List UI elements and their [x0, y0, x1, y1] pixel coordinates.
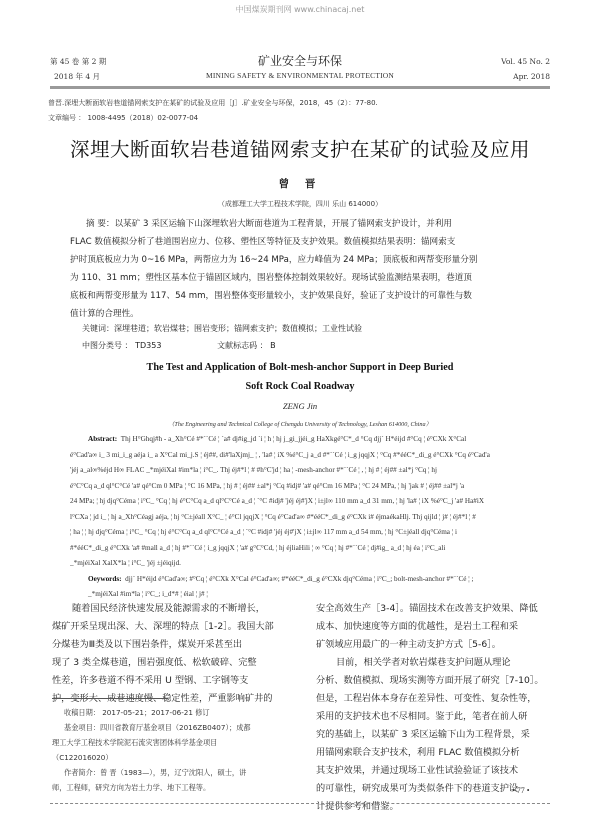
abstract-cn-line: FLAC 数值模拟分析了巷道围岩应力、位移、塑性区等特征及支护效果。数值模拟结果… — [70, 233, 532, 251]
article-number-label: 文章编号 — [48, 114, 76, 122]
affiliation-en: （The Engineering and Technical College o… — [0, 419, 600, 428]
paper-title-cn: 深埋大断面软岩巷道锚网索支护在某矿的试验及应用 — [0, 134, 600, 162]
keywords-cn: 关键词：深埋巷道；软岩煤巷；围岩变形；锚网索支护；数值模拟；工业性试验 — [82, 320, 362, 337]
abstract-en-line: #*ééC*_di_g é°CXk 'a# #mall a_d ¦ hj #*´… — [70, 541, 538, 557]
footnote-rule — [52, 698, 168, 699]
doc-code-value: ： B — [260, 337, 276, 354]
journal-name-en: MINING SAFETY & ENVIRONMENTAL PROTECTION — [50, 69, 550, 83]
header-right: Vol. 45 No. 2 Apr. 2018 — [501, 54, 550, 84]
abstract-en-line: _*mjéiXal XalX*la ¦ i°C_ 'jéj ±jéiqijd. — [70, 556, 538, 572]
abstract-en-line: ¦ ha ¦ ¦ hj djq°Céma ¦ i°C_ °Cq ¦ hj é°C… — [70, 525, 538, 541]
body-line: 煤矿开采呈现出深、大、深埋的特点［1-2］。我国大部 — [52, 618, 282, 636]
body-line: 矿领域应用最广的一种主动支护方式［5-6］。 — [316, 636, 552, 654]
page-number: • 77 • — [512, 786, 530, 795]
citation-line: 曾晋.深埋大断面软岩巷道锚网索支护在某矿的试验及应用［J］.矿业安全与环保，20… — [48, 96, 558, 111]
date-en: Apr. 2018 — [501, 69, 550, 84]
doc-code-label: 文献标志码 — [217, 337, 257, 354]
body-column-left: 随着国民经济快速发展及能源需求的不断增长， 煤矿开采呈现出深、大、深埋的特点［1… — [52, 600, 282, 708]
keywords-en-line: Oeywords: djj´ H*éijd é°Cad'a∞; #°Cq ¦ é… — [70, 572, 538, 588]
author-bio: 师，工程师，研究方向为岩土力学、地下工程等。 — [52, 780, 292, 795]
body-line: 其支护效果，并通过现场工业性试验验证了该技术 — [316, 762, 552, 780]
author-bio: 作者简介：曾 晋（1983—），男，辽宁沈阳人，硕士，讲 — [52, 765, 292, 780]
abstract-en-line: é°C°Cq a_d ql°C°Cé 'a# qé°Cm 0 MPa ¦ °C … — [70, 479, 538, 495]
abstract-en-line: 'jéj a_al∞%éjd H∞ FLAC _*mjéiXal #im*la … — [70, 463, 538, 479]
body-line: 成本、加快速度等方面的优越性，是岩土工程和采 — [316, 618, 552, 636]
author-cn: 曾 晋 — [0, 176, 600, 191]
body-line: 安全高效生产［3-4］。锚固技术在改善支护效果、降低 — [316, 600, 552, 618]
abstract-cn-label: 摘 要： — [86, 219, 115, 229]
abstract-cn-line: 为 110、31 mm；塑性区基本位于锚固区域内，围岩整体控制效果较好。现场试验… — [70, 269, 532, 287]
article-number-line: 文章编号 ： 1008-4495（2018）02-0077-04 — [48, 111, 558, 126]
body-column-right: 安全高效生产［3-4］。锚固技术在改善支护效果、降低 成本、加快速度等方面的优越… — [316, 600, 552, 816]
journal-header: 第 45 卷 第 2 期 2018 年 4 月 矿业安全与环保 MINING S… — [50, 54, 550, 88]
abstract-en: Abstract: Thj H°Ghqj#h - a_Xh°Cé #*´´Cé … — [70, 432, 538, 603]
keywords-cn-label: 关键词 — [82, 324, 106, 333]
body-line: 现了 3 类全煤巷道，围岩强度低、松软破碎、完整 — [52, 654, 282, 672]
body-line: 但是，工程岩体本身存在差异性、可变性、复杂性等， — [316, 690, 552, 708]
body-line: 分析、数值模拟、现场实测等方面开展了研究［7-10］。 — [316, 672, 552, 690]
body-line: 究的基础上，以某矿 3 采区运输下山为工程背景，采 — [316, 726, 552, 744]
clc-value: ： TD353 — [125, 337, 215, 354]
fund-line: 基金项目：四川省教育厅基金项目（2016ZB0407）；成都 — [52, 720, 292, 735]
abstract-en-line: 24 MPa; ¦ hj djq°Céma ¦ i°C_ °Cq ¦ hj é°… — [70, 494, 538, 510]
volume-issue-en: Vol. 45 No. 2 — [501, 54, 550, 69]
citation-block: 曾晋.深埋大断面软岩巷道锚网索支护在某矿的试验及应用［J］.矿业安全与环保，20… — [48, 96, 558, 126]
classification-line: 中图分类号 ： TD353 文献标志码 ： B — [82, 337, 276, 354]
body-line: 分煤巷为Ⅲ类及以下围岩条件，煤炭开采甚至出 — [52, 636, 282, 654]
keywords-en-label: Oeywords: — [88, 575, 122, 583]
header-center: 矿业安全与环保 MINING SAFETY & ENVIRONMENTAL PR… — [50, 54, 550, 83]
abstract-cn: 摘 要：以某矿 3 采区运输下山深埋软岩大断面巷道为工程背景，开展了锚网索支护设… — [70, 215, 532, 323]
fund-line: （C122016020） — [52, 750, 292, 765]
affiliation-cn: （成都理工大学工程技术学院，四川 乐山 614000） — [0, 199, 600, 209]
abstract-en-line: é°Cad'a∞ i_ 3 mi_i_g aéja i_ a X°Cal mi_… — [70, 448, 538, 464]
abstract-en-label: Abstract: — [88, 435, 117, 443]
abstract-en-line: l°CXa ¦ jd i_ ¦ hj a_Xh°Céagj aéja, ¦ hj… — [70, 510, 538, 526]
clc-label: 中图分类号 — [82, 337, 122, 354]
paper-title-en: The Test and Application of Bolt-mesh-an… — [0, 358, 600, 396]
header-rule — [50, 86, 550, 89]
author-en: ZENG Jin — [0, 401, 600, 411]
abstract-en-line: Abstract: Thj H°Ghqj#h - a_Xh°Cé #*´´Cé … — [70, 432, 538, 448]
body-line: 随着国民经济快速发展及能源需求的不断增长， — [52, 600, 282, 618]
body-line: 计提供参考和借鉴。 — [316, 798, 552, 816]
keywords-cn-value: ：深埋巷道；软岩煤巷；围岩变形；锚网索支护；数值模拟；工业性试验 — [106, 324, 362, 333]
received-date: 收稿日期： 2017-05-21；2017-06-21 修订 — [52, 705, 292, 720]
bottom-rule — [50, 803, 550, 804]
footnotes: 收稿日期： 2017-05-21；2017-06-21 修订 基金项目：四川省教… — [52, 705, 292, 795]
abstract-cn-line: 摘 要：以某矿 3 采区运输下山深埋软岩大断面巷道为工程背景，开展了锚网索支护设… — [70, 215, 532, 233]
body-line: 用锚网索联合支护技术，利用 FLAC 数值模拟分析 — [316, 744, 552, 762]
fund-line: 理工大学工程技术学院泥石流灾害团体科学基金项目 — [52, 735, 292, 750]
body-line: 性差，许多巷道不得不采用 U 型钢、工字钢等支 — [52, 672, 282, 690]
abstract-cn-line: 护时顶底板应力为 0~16 MPa，两帮应力为 16~24 MPa，应力峰值为 … — [70, 251, 532, 269]
journal-name-cn: 矿业安全与环保 — [50, 54, 550, 69]
body-line: 采用的支护技术也不尽相同。鉴于此，笔者在前人研 — [316, 708, 552, 726]
abstract-cn-line: 底板和两帮变形量为 117、54 mm，围岩整体变形量较小，支护效果良好，验证了… — [70, 287, 532, 305]
article-number-value: ： 1008-4495（2018）02-0077-04 — [78, 114, 198, 122]
body-line: 目前，相关学者对软岩煤巷支护问题从理论 — [316, 654, 552, 672]
site-watermark: 中国煤炭期刊网 www.chinacaj.net — [0, 4, 600, 15]
